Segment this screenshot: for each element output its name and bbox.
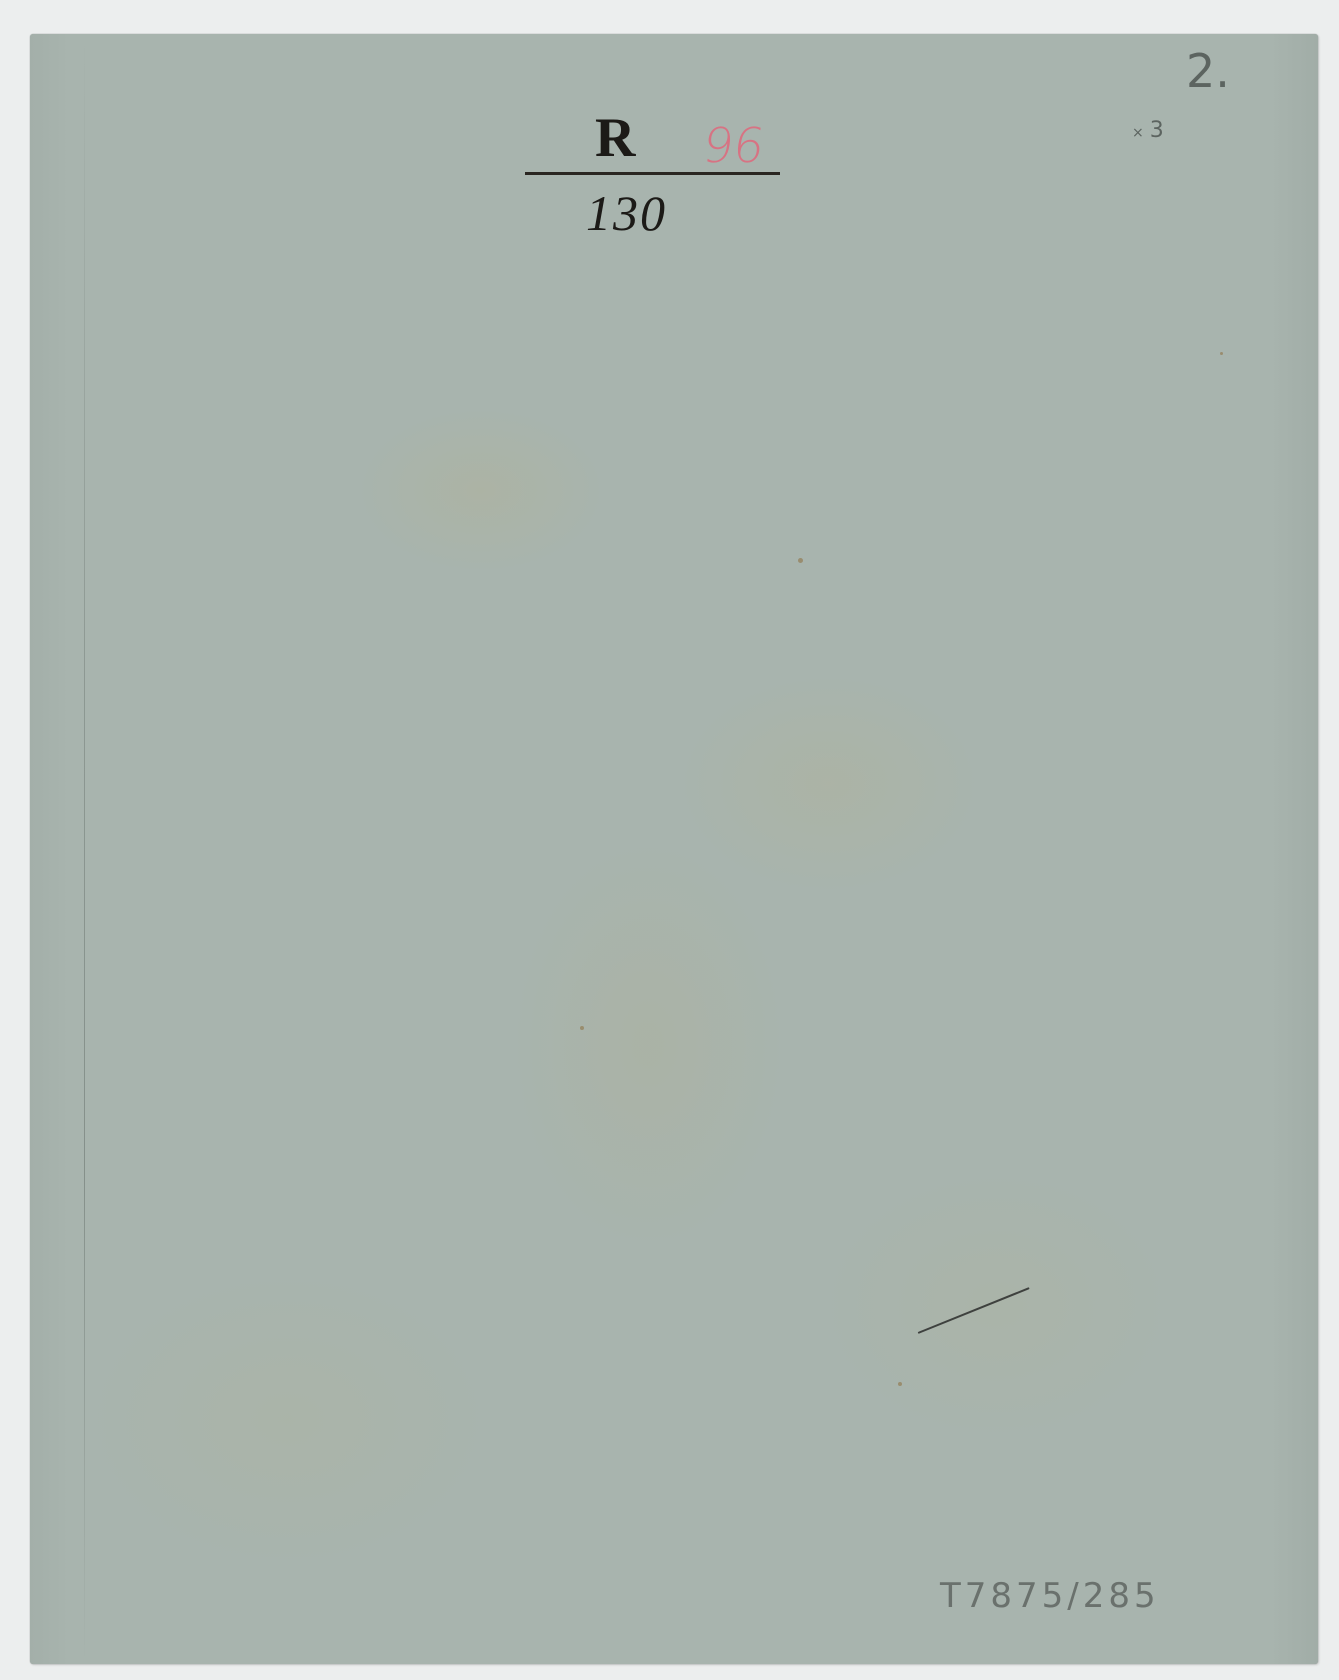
count-prefix: × [1132,125,1144,141]
foxing-spot [580,1026,584,1030]
shelfmark-number: 130 [586,184,667,242]
red-ink-annotation: 96 [699,118,768,174]
folder-cover [30,34,1318,1664]
shelfmark-letter: R [595,106,635,170]
foxing-spot [798,558,803,563]
spine-crease [84,34,85,1664]
shelfmark-divider-rule [525,172,780,175]
foxing-spot [1220,352,1223,355]
pencil-page-number: 2. [1186,44,1230,98]
pencil-inventory-number: T7875/285 [940,1576,1160,1616]
foxing-spot [898,1382,902,1386]
pencil-count-annotation: ×3 [1132,118,1164,143]
count-value: 3 [1150,118,1164,143]
